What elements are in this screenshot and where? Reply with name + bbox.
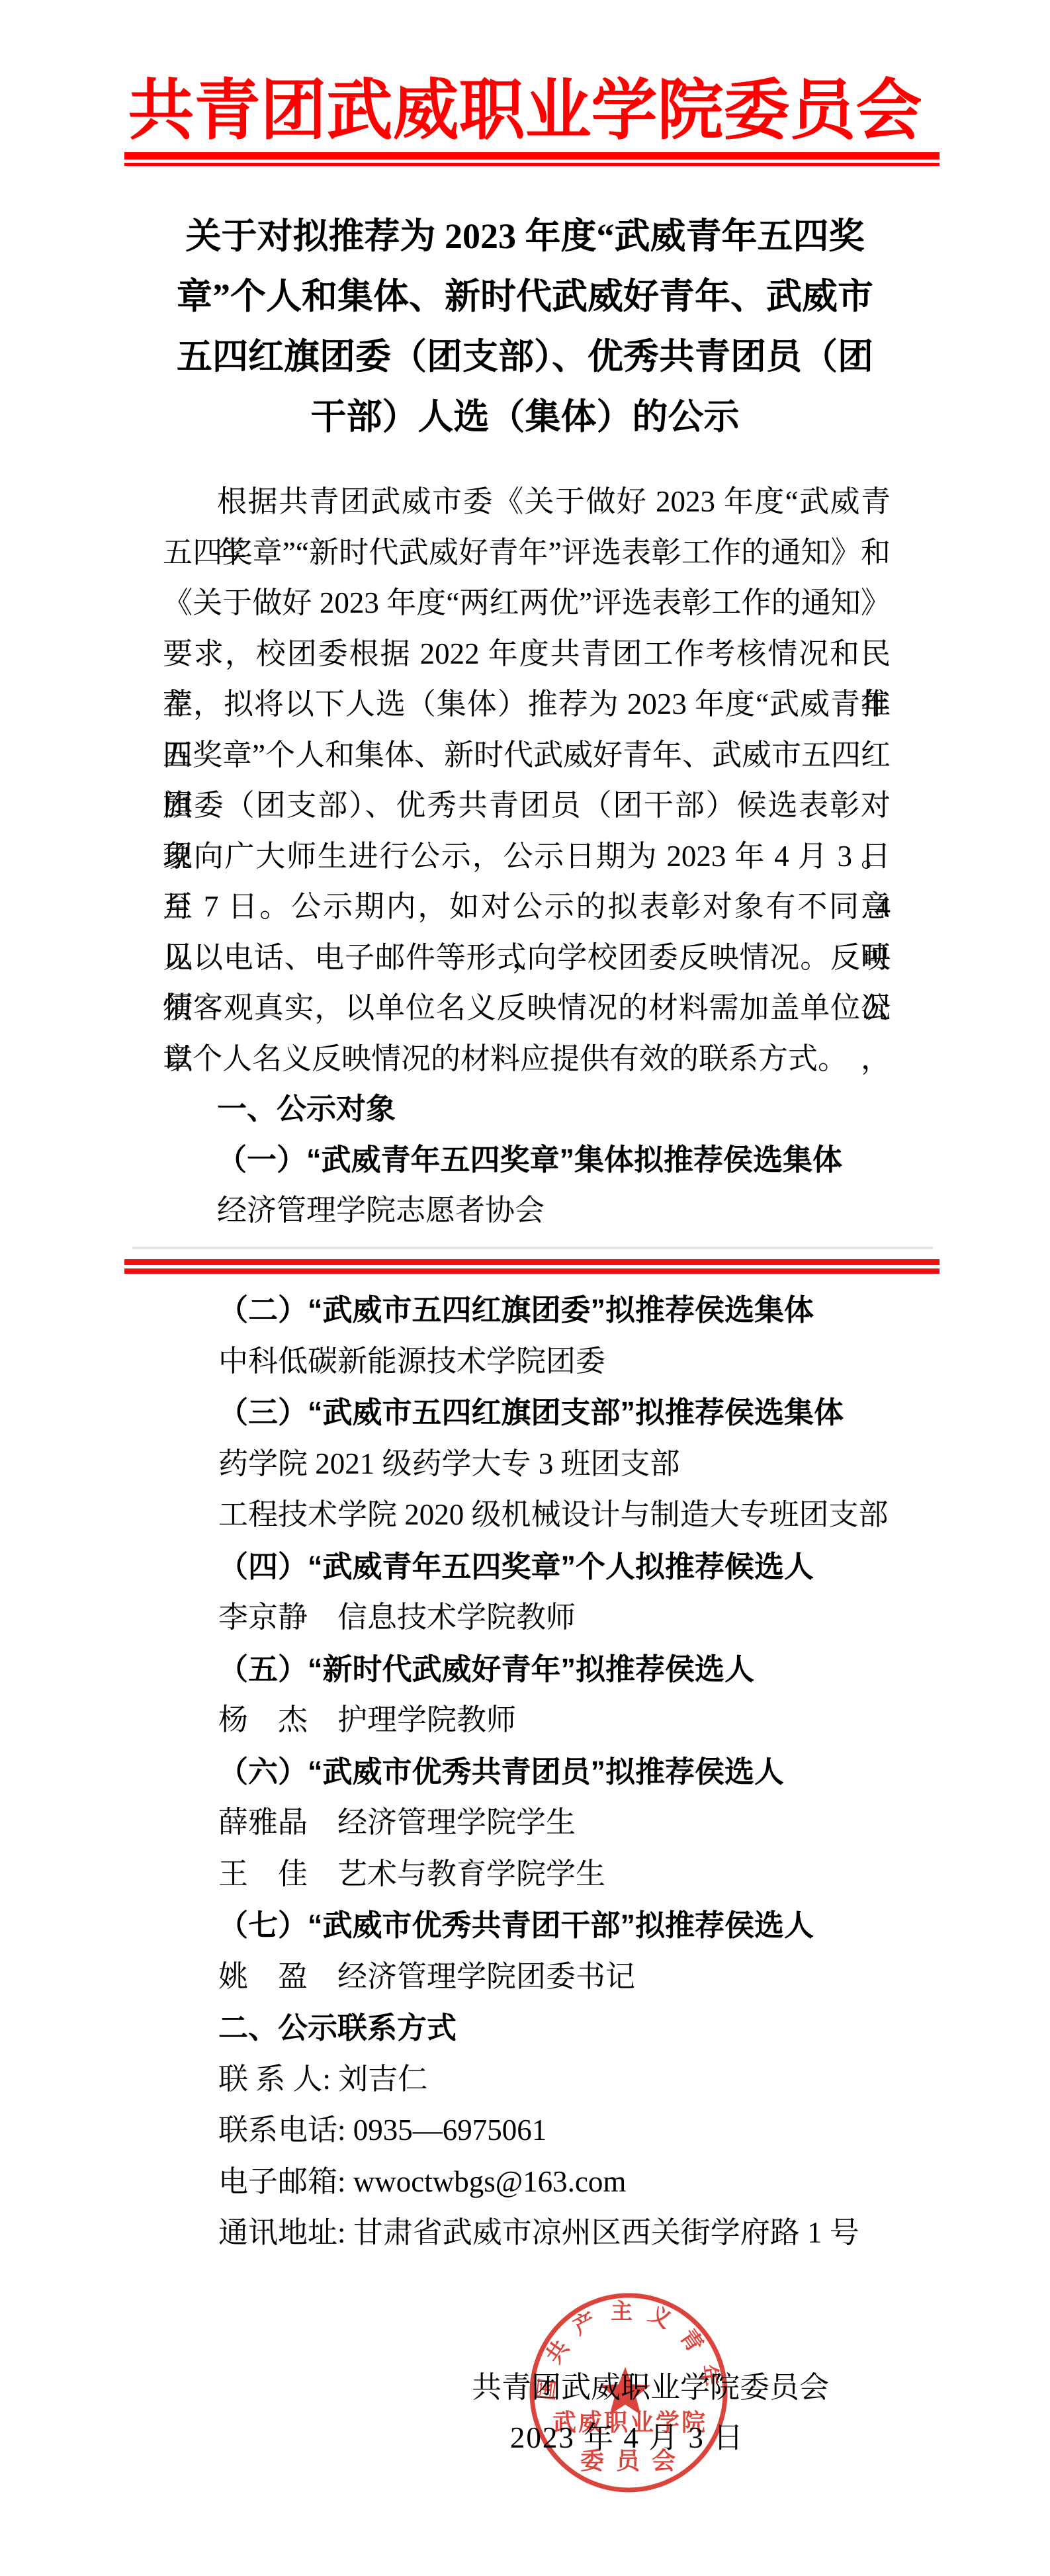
body-line: 《关于做好 2023 年度“两红两优”评选表彰工作的通知》 xyxy=(163,578,891,629)
notice-body: 根据共青团武威市委《关于做好 2023 年度“武威青年 五四奖章”“新时代武威好… xyxy=(163,476,891,1236)
official-seal: 中国共产主义青年团 武威职业学院 委员会 xyxy=(529,2293,728,2493)
body-line: 现向广大师生进行公示，公示日期为 2023 年 4 月 3 日至 4 xyxy=(163,831,891,882)
body-line: 须客观真实，以单位名义反映情况的材料需加盖单位公章， xyxy=(163,983,891,1034)
body-line: 月 7 日。公示期内，如对公示的拟表彰对象有不同意见，可 xyxy=(163,881,891,932)
list-line: 经济管理学院志愿者协会 xyxy=(163,1185,891,1236)
section-heading: （三）“武威市五四红旗团支部”拟推荐侯选集体 xyxy=(218,1387,959,1439)
section-heading: （五）“新时代武威好青年”拟推荐侯选人 xyxy=(218,1644,959,1695)
list-line: 中科低碳新能源技术学院团委 xyxy=(218,1336,959,1388)
list-line: 李京静 信息技术学院教师 xyxy=(218,1592,959,1644)
title-line: 关于对拟推荐为 2023 年度“武威青年五四奖 xyxy=(79,206,971,267)
body-line: 要求，校团委根据 2022 年度共青团工作考核情况和民主推 xyxy=(163,629,891,680)
list-line: 工程技术学院 2020 级机械设计与制造大专班团支部 xyxy=(218,1489,959,1541)
page-separator-shadow xyxy=(132,1247,933,1249)
body-line: 四奖章”个人和集体、新时代武威好青年、武威市五四红旗 xyxy=(163,730,891,781)
contact-person-line: 联 系 人: 刘吉仁 xyxy=(218,2054,959,2106)
seal-star-icon xyxy=(600,2367,650,2415)
title-line: 章”个人和集体、新时代武威好青年、武威市 xyxy=(79,267,971,327)
notice-title: 关于对拟推荐为 2023 年度“武威青年五四奖 章”个人和集体、新时代武威好青年… xyxy=(79,206,971,447)
list-line: 王 佳 艺术与教育学院学生 xyxy=(218,1849,959,1900)
body-line: 以个人名义反映情况的材料应提供有效的联系方式。 xyxy=(163,1034,891,1085)
list-line: 姚 盈 经济管理学院团委书记 xyxy=(218,1951,959,2003)
section-heading: （四）“武威青年五四奖章”个人拟推荐候选人 xyxy=(218,1541,959,1593)
seal-org-text: 武威职业学院 xyxy=(552,2409,707,2436)
list-line: 杨 杰 护理学院教师 xyxy=(218,1695,959,1746)
contact-address-line: 通讯地址: 甘肃省武威市凉州区西关街学府路 1 号 xyxy=(218,2207,959,2259)
body-line: 五四奖章”“新时代武威好青年”评选表彰工作的通知》和 xyxy=(163,527,891,578)
title-line: 干部）人选（集体）的公示 xyxy=(79,387,971,447)
page-separator-line-1 xyxy=(124,1259,940,1265)
section-heading: （一）“武威青年五四奖章”集体拟推荐侯选集体 xyxy=(163,1135,891,1186)
body-line: 团委（团支部）、优秀共青团员（团干部）候选表彰对象。 xyxy=(163,780,891,831)
contact-phone-line: 联系电话: 0935—6975061 xyxy=(218,2105,959,2156)
body-line: 以以电话、电子邮件等形式向学校团委反映情况。反映情况 xyxy=(163,932,891,983)
letterhead-rule-thin xyxy=(124,163,940,166)
section-heading: （六）“武威市优秀共青团员”拟推荐侯选人 xyxy=(218,1746,959,1798)
title-line: 五四红旗团委（团支部）、优秀共青团员（团 xyxy=(79,327,971,387)
section-heading: （七）“武威市优秀共青团干部”拟推荐侯选人 xyxy=(218,1900,959,1951)
notice-list: （二）“武威市五四红旗团委”拟推荐侯选集体 中科低碳新能源技术学院团委 （三）“… xyxy=(218,1284,959,2259)
section-heading: （二）“武威市五四红旗团委”拟推荐侯选集体 xyxy=(218,1284,959,1336)
body-line: 根据共青团武威市委《关于做好 2023 年度“武威青年 xyxy=(163,476,891,527)
section-heading: 二、公示联系方式 xyxy=(218,2002,959,2054)
contact-email-line: 电子邮箱: wwoctwbgs@163.com xyxy=(218,2156,959,2208)
letterhead-org-title: 共青团武威职业学院委员会 xyxy=(0,74,1050,148)
section-heading: 一、公示对象 xyxy=(163,1084,891,1135)
seal-committee-text: 委员会 xyxy=(580,2448,687,2474)
list-line: 薛雅晶 经济管理学院学生 xyxy=(218,1797,959,1849)
page-separator-line-2 xyxy=(124,1268,940,1274)
notice-document-page: 共青团武威职业学院委员会 关于对拟推荐为 2023 年度“武威青年五四奖 章”个… xyxy=(0,0,1050,2576)
letterhead-rule-thick xyxy=(124,152,940,159)
body-line: 荐，拟将以下人选（集体）推荐为 2023 年度“武威青年五 xyxy=(163,679,891,730)
list-line: 药学院 2021 级药学大专 3 班团支部 xyxy=(218,1439,959,1490)
